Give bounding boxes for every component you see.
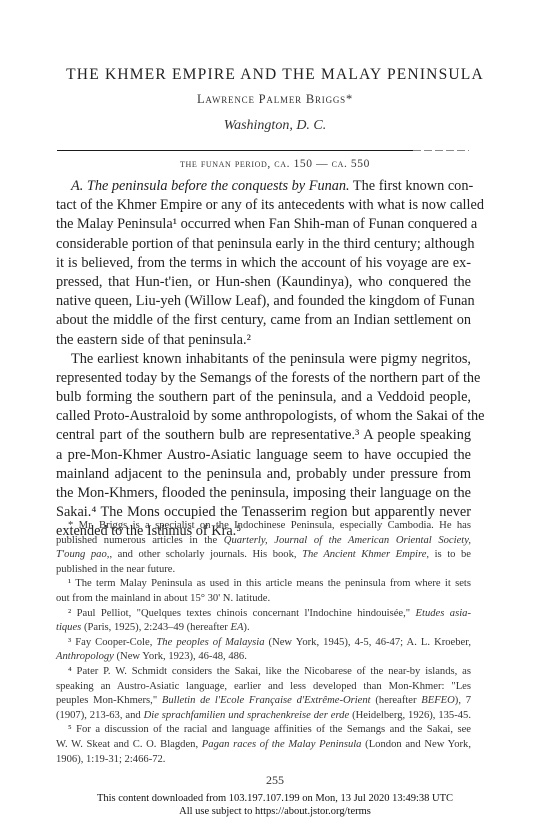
body-line: bulb forming the southern part of the pe… bbox=[56, 388, 471, 407]
footnote-line: 1906), 1:19-31; 2:466-72. bbox=[56, 753, 471, 768]
article-title: THE KHMER EMPIRE AND THE MALAY PENINSULA bbox=[0, 66, 550, 84]
author-location: Washington, D. C. bbox=[0, 118, 550, 134]
article-author: Lawrence Palmer Briggs* bbox=[0, 92, 550, 107]
footnote-line: (1907), 213-63, and Die sprachfamilien u… bbox=[56, 709, 471, 724]
footnote-line: ¹ The term Malay Peninsula as used in th… bbox=[56, 577, 471, 592]
body-text: A. The peninsula before the conquests by… bbox=[56, 177, 471, 542]
body-line: native queen, Liu-yeh (Willow Leaf), and… bbox=[56, 292, 471, 311]
body-line: called Proto-Australoid by some anthropo… bbox=[56, 407, 471, 426]
body-line: the eastern side of that peninsula.² bbox=[56, 331, 471, 350]
body-line: the Malay Peninsula¹ occurred when Fan S… bbox=[56, 215, 471, 234]
body-line: mainland adjacent to the peninsula and, … bbox=[56, 465, 471, 484]
page-number: 255 bbox=[0, 773, 550, 788]
header-rule bbox=[57, 150, 413, 151]
footnote-line: ² Paul Pelliot, "Quelques textes chinois… bbox=[56, 607, 471, 622]
footnote-line: published numerous articles in the Quart… bbox=[56, 534, 471, 549]
footnote-line: peuples Mon-Khmers," Bulletin de l'Ecole… bbox=[56, 694, 471, 709]
footnote-line: * Mr. Briggs is a specialist on the Indo… bbox=[56, 519, 471, 534]
terms-notice[interactable]: All use subject to https://about.jstor.o… bbox=[0, 806, 550, 819]
body-line: central part of the southern bulb are re… bbox=[56, 426, 471, 445]
body-line: represented today by the Semangs of the … bbox=[56, 369, 471, 388]
subsection-label: A. The peninsula before the conquests by… bbox=[71, 178, 350, 194]
section-heading: the funan period, ca. 150 — ca. 550 bbox=[0, 158, 550, 170]
footnote-line: published in the near future. bbox=[56, 563, 471, 578]
footnote-line: W. W. Skeat and C. O. Blagden, Pagan rac… bbox=[56, 738, 471, 753]
body-line: a pre-Mon-Khmer Austro-Asiatic language … bbox=[56, 446, 471, 465]
body-line: about the middle of the first century, c… bbox=[56, 311, 471, 330]
header-rule-faint-tail bbox=[413, 150, 469, 151]
download-notice: This content downloaded from 103.197.107… bbox=[0, 793, 550, 806]
footnote-line: ³ Fay Cooper-Cole, The peoples of Malays… bbox=[56, 636, 471, 651]
footnote-line: ⁴ Pater P. W. Schmidt considers the Saka… bbox=[56, 665, 471, 680]
footnote-line: Anthropology (New York, 1923), 46-48, 48… bbox=[56, 650, 471, 665]
body-line: The earliest known inhabitants of the pe… bbox=[56, 350, 471, 369]
footnotes: * Mr. Briggs is a specialist on the Indo… bbox=[56, 519, 471, 767]
footnote-line: tiques (Paris, 1925), 2:243–49 (hereafte… bbox=[56, 621, 471, 636]
footnote-line: speaking an Austro-Asiatic language, ear… bbox=[56, 680, 471, 695]
footnote-line: ⁵ For a discussion of the racial and lan… bbox=[56, 723, 471, 738]
journal-page: THE KHMER EMPIRE AND THE MALAY PENINSULA… bbox=[0, 0, 550, 825]
jstor-footer: This content downloaded from 103.197.107… bbox=[0, 793, 550, 818]
body-line: the Mon-Khmers, flooded the peninsula, i… bbox=[56, 484, 471, 503]
body-line: considerable portion of that peninsula e… bbox=[56, 235, 471, 254]
footnote-line: T'oung pao,, and other scholarly journal… bbox=[56, 548, 471, 563]
body-line: pressed, that Hun-t'ien, or Hun-shen (Ka… bbox=[56, 273, 471, 292]
body-line: tact of the Khmer Empire or any of its a… bbox=[56, 196, 471, 215]
footnote-line: out from the mainland in about 15° 30' N… bbox=[56, 592, 471, 607]
body-line: A. The peninsula before the conquests by… bbox=[56, 177, 471, 196]
body-line: it is believed, from the terms in which … bbox=[56, 254, 471, 273]
